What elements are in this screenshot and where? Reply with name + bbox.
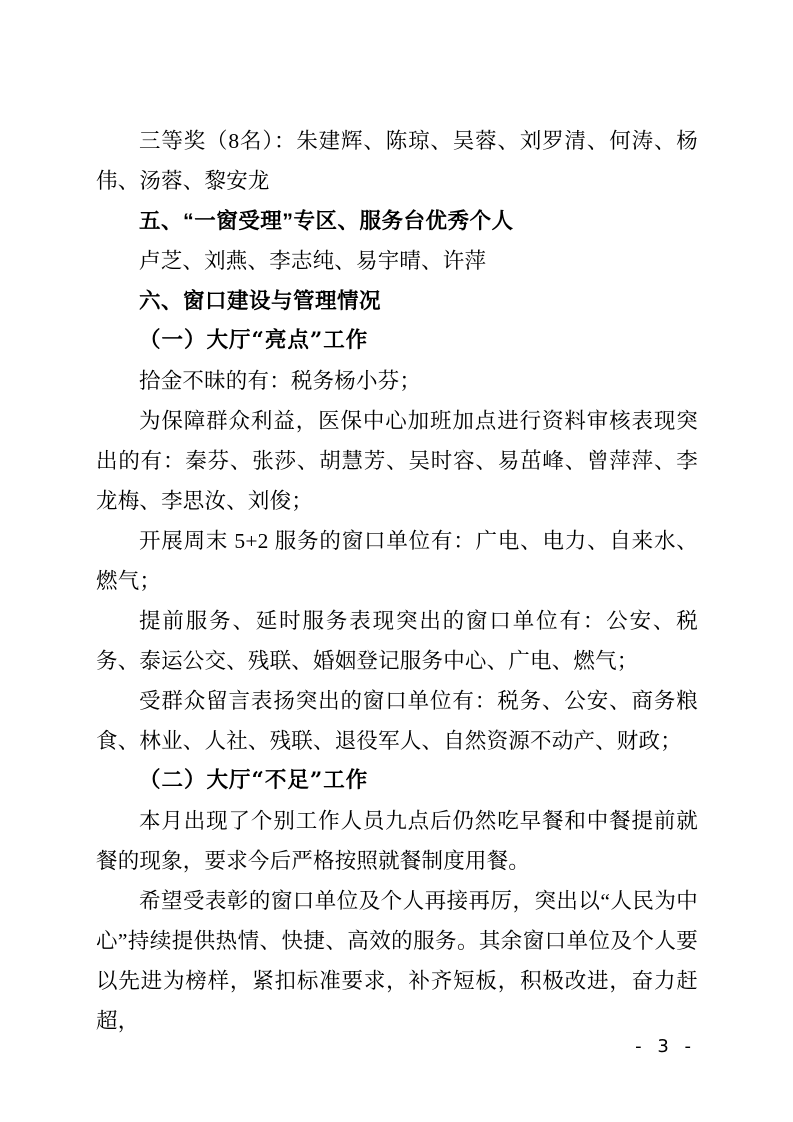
- subsection-heading: （一）大厅“亮点”工作: [96, 321, 698, 361]
- paragraph: 拾金不昧的有：税务杨小芬；: [96, 361, 698, 401]
- subsection-heading: （二）大厅“不足”工作: [96, 761, 698, 801]
- paragraph: 开展周末 5+2 服务的窗口单位有：广电、电力、自来水、燃气；: [96, 521, 698, 601]
- paragraph: 为保障群众利益，医保中心加班加点进行资料审核表现突出的有：秦芬、张莎、胡慧芳、吴…: [96, 401, 698, 521]
- paragraph: 提前服务、延时服务表现突出的窗口单位有：公安、税务、泰运公交、残联、婚姻登记服务…: [96, 601, 698, 681]
- document-body: 三等奖（8名）：朱建辉、陈琼、吴蓉、刘罗清、何涛、杨伟、汤蓉、黎安龙五、“一窗受…: [96, 121, 698, 1041]
- section-heading: 六、窗口建设与管理情况: [96, 281, 698, 321]
- paragraph: 受群众留言表扬突出的窗口单位有：税务、公安、商务粮食、林业、人社、残联、退役军人…: [96, 681, 698, 761]
- document-page: 三等奖（8名）：朱建辉、陈琼、吴蓉、刘罗清、何涛、杨伟、汤蓉、黎安龙五、“一窗受…: [0, 0, 793, 1122]
- page-footer: - 3 -: [96, 1036, 698, 1057]
- paragraph: 三等奖（8名）：朱建辉、陈琼、吴蓉、刘罗清、何涛、杨伟、汤蓉、黎安龙: [96, 121, 698, 201]
- paragraph: 卢芝、刘燕、李志纯、易宇晴、许萍: [96, 241, 698, 281]
- section-heading: 五、“一窗受理”专区、服务台优秀个人: [96, 201, 698, 241]
- paragraph: 希望受表彰的窗口单位及个人再接再厉，突出以“人民为中心”持续提供热情、快捷、高效…: [96, 881, 698, 1041]
- page-number: - 3 -: [635, 1036, 698, 1057]
- paragraph: 本月出现了个别工作人员九点后仍然吃早餐和中餐提前就餐的现象，要求今后严格按照就餐…: [96, 801, 698, 881]
